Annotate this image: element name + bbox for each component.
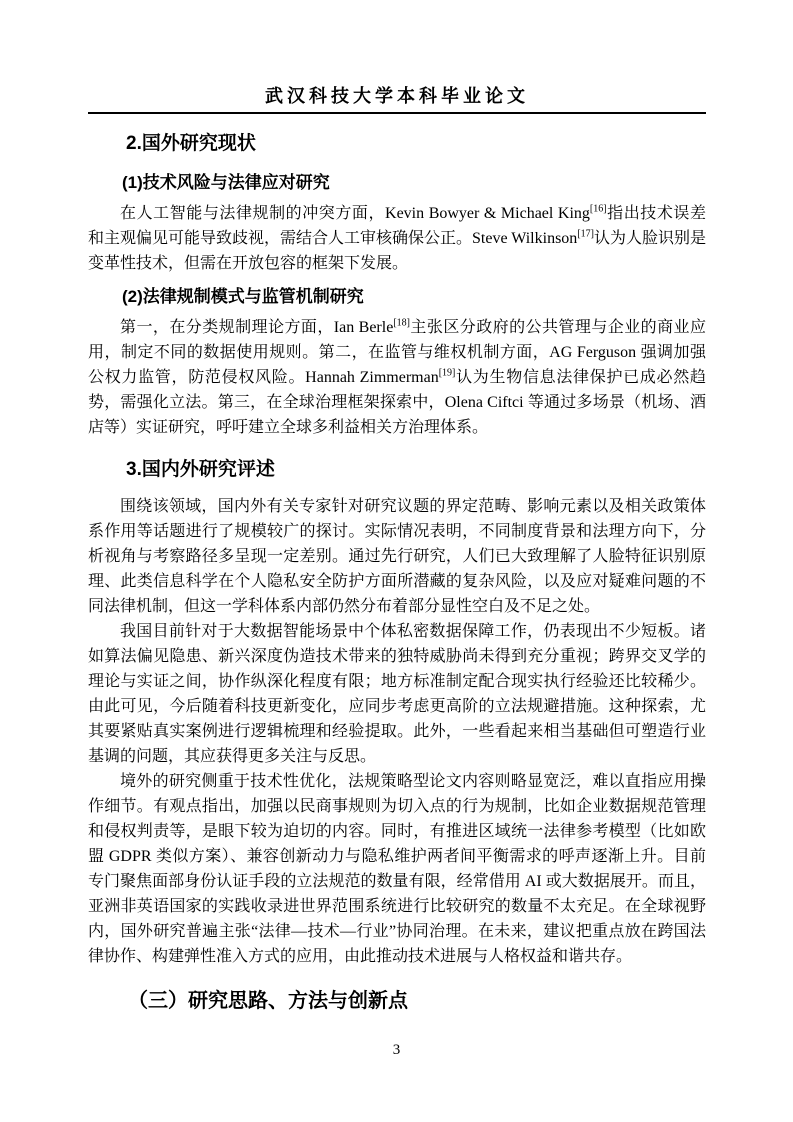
section-heading-research-review: 3.国内外研究评述	[88, 457, 706, 483]
body-paragraph-foreign-evaluation: 境外的研究侧重于技术性优化，法规策略型论文内容则略显宽泛，难以直指应用操作细节。…	[88, 769, 706, 969]
body-paragraph-tech-risk: 在人工智能与法律规制的冲突方面，Kevin Bowyer & Michael K…	[88, 201, 706, 276]
paragraph-text: 在人工智能与法律规制的冲突方面，Kevin Bowyer & Michael K…	[120, 205, 590, 222]
citation-ref-18: [18]	[393, 318, 410, 329]
citation-ref-17: [17]	[577, 229, 594, 240]
page-content: 武汉科技大学本科毕业论文 2.国外研究现状 (1)技术风险与法律应对研究 在人工…	[88, 86, 706, 1014]
citation-ref-19: [19]	[439, 368, 456, 379]
subsection-heading-tech-risk: (1)技术风险与法律应对研究	[88, 171, 706, 194]
thesis-page: 武汉科技大学本科毕业论文 2.国外研究现状 (1)技术风险与法律应对研究 在人工…	[0, 0, 793, 1122]
citation-ref-16: [16]	[590, 204, 607, 215]
body-paragraph-legal-regulation: 第一，在分类规制理论方面，Ian Berle[18]主张区分政府的公共管理与企业…	[88, 315, 706, 440]
subsection-heading-legal-regulation: (2)法律规制模式与监管机制研究	[88, 285, 706, 308]
body-paragraph-review-overview: 围绕该领域，国内外有关专家针对研究议题的界定范畴、影响元素以及相关政策体系作用等…	[88, 494, 706, 619]
paragraph-text: 第一，在分类规制理论方面，Ian Berle	[120, 319, 393, 336]
page-number: 3	[0, 1041, 793, 1059]
section-heading-foreign-research: 2.国外研究现状	[88, 131, 706, 157]
section-heading-research-methods: （三）研究思路、方法与创新点	[88, 988, 706, 1014]
body-paragraph-domestic-gaps: 我国目前针对于大数据智能场景中个体私密数据保障工作，仍表现出不少短板。诸如算法偏…	[88, 619, 706, 769]
running-header-title: 武汉科技大学本科毕业论文	[88, 86, 706, 114]
